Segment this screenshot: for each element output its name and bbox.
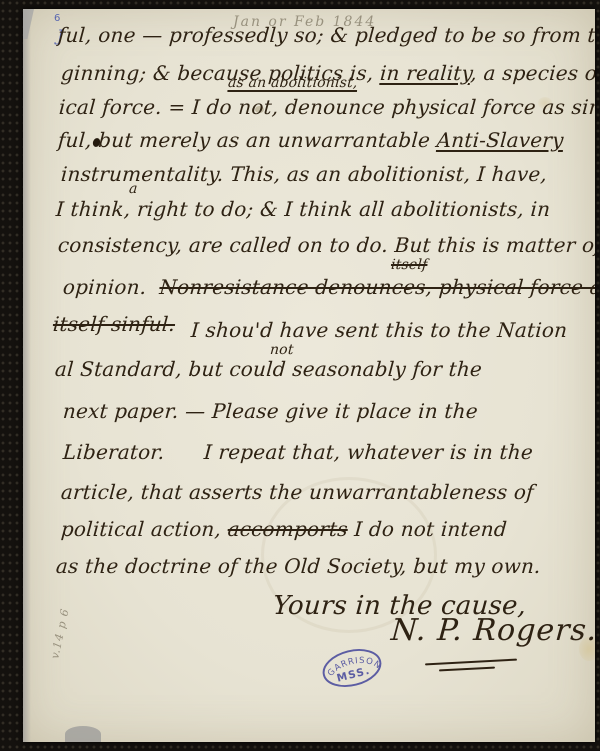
manuscript-line: article, that asserts the unwarrantablen… bbox=[60, 480, 535, 504]
interline-insertion: not bbox=[269, 342, 294, 358]
garrison-mss-stamp: GARRISON MSS. bbox=[314, 638, 389, 699]
manuscript-text-segment: I shou'd have sent this to the Nation bbox=[190, 318, 568, 342]
manuscript-line: opinion. Nonresistance denounces, physic… bbox=[62, 275, 595, 299]
manuscript-text-segment: itself sinful. bbox=[52, 312, 176, 336]
manuscript-text-segment: , a species of phys bbox=[470, 61, 595, 85]
interline-insertion: a bbox=[128, 181, 138, 197]
manuscript-line: itself sinful. bbox=[52, 312, 176, 336]
letter-page: Jan or Feb 1844 6 J v.14 p 6 ful, one — … bbox=[23, 9, 595, 742]
manuscript-line: ful, but merely as an unwarrantable Anti… bbox=[57, 128, 564, 152]
signature: N. P. Rogers. bbox=[390, 613, 595, 648]
manuscript-text-segment: I repeat that, whatever is in the bbox=[164, 440, 534, 464]
manuscript-text-segment: I think, right to do; & I think all abol… bbox=[55, 197, 551, 221]
manuscript-line: I shou'd have sent this to the Nation bbox=[190, 318, 568, 342]
manuscript-text-segment: as the doctrine of the Old Society, but … bbox=[55, 554, 541, 578]
manuscript-text-segment: political action, bbox=[60, 517, 228, 541]
manuscript-line: al Standard, but could seasonably for th… bbox=[54, 357, 483, 381]
manuscript-text-segment: ful, one — professedly so; & pledged to … bbox=[57, 23, 595, 47]
manuscript-line: Liberator. I repeat that, whatever is in… bbox=[62, 440, 534, 464]
volume-page-annotation: v.14 p 6 bbox=[46, 596, 74, 671]
manuscript-line: I think, right to do; & I think all abol… bbox=[55, 197, 551, 221]
manuscript-text-segment: opinion. bbox=[62, 275, 160, 299]
interline-insertion: itself bbox=[390, 257, 428, 273]
signature-flourish-line bbox=[439, 667, 495, 672]
interline-insertion: as an abolitionist, bbox=[227, 75, 358, 91]
paper-deckle-edge bbox=[23, 9, 31, 742]
manuscript-text-segment: Nonresistance denounces, physical force … bbox=[159, 275, 595, 299]
manuscript-line: consistency, are called on to do. But th… bbox=[57, 233, 595, 257]
manuscript-text-segment: consistency, are called on to do. But th… bbox=[57, 233, 595, 257]
manuscript-text-segment: ful, but merely as an unwarrantable bbox=[57, 128, 437, 152]
manuscript-line: political action, accomports I do not in… bbox=[60, 517, 508, 541]
signature-flourish-line bbox=[425, 659, 517, 666]
manuscript-text-segment: I do not intend bbox=[347, 517, 508, 541]
manuscript-text-segment: Anti-Slavery bbox=[436, 128, 565, 152]
manuscript-text-segment: next paper. — Please give it place in th… bbox=[62, 399, 479, 423]
manuscript-text-segment: Liberator. bbox=[62, 440, 165, 464]
manuscript-text-segment: ical force. = I do not, denounce physica… bbox=[58, 95, 595, 119]
manuscript-line: as the doctrine of the Old Society, but … bbox=[55, 554, 541, 578]
paper-corner-smudge bbox=[65, 726, 101, 742]
manuscript-text-segment: article, that asserts the unwarrantablen… bbox=[60, 480, 535, 504]
manuscript-text-segment: in reality bbox=[379, 61, 471, 85]
manuscript-text-segment: accomports bbox=[227, 517, 349, 541]
manuscript-line: ical force. = I do not, denounce physica… bbox=[58, 95, 595, 119]
manuscript-text-segment: al Standard, but could seasonably for th… bbox=[54, 357, 483, 381]
manuscript-line: next paper. — Please give it place in th… bbox=[62, 399, 479, 423]
manuscript-line: ful, one — professedly so; & pledged to … bbox=[57, 23, 595, 47]
